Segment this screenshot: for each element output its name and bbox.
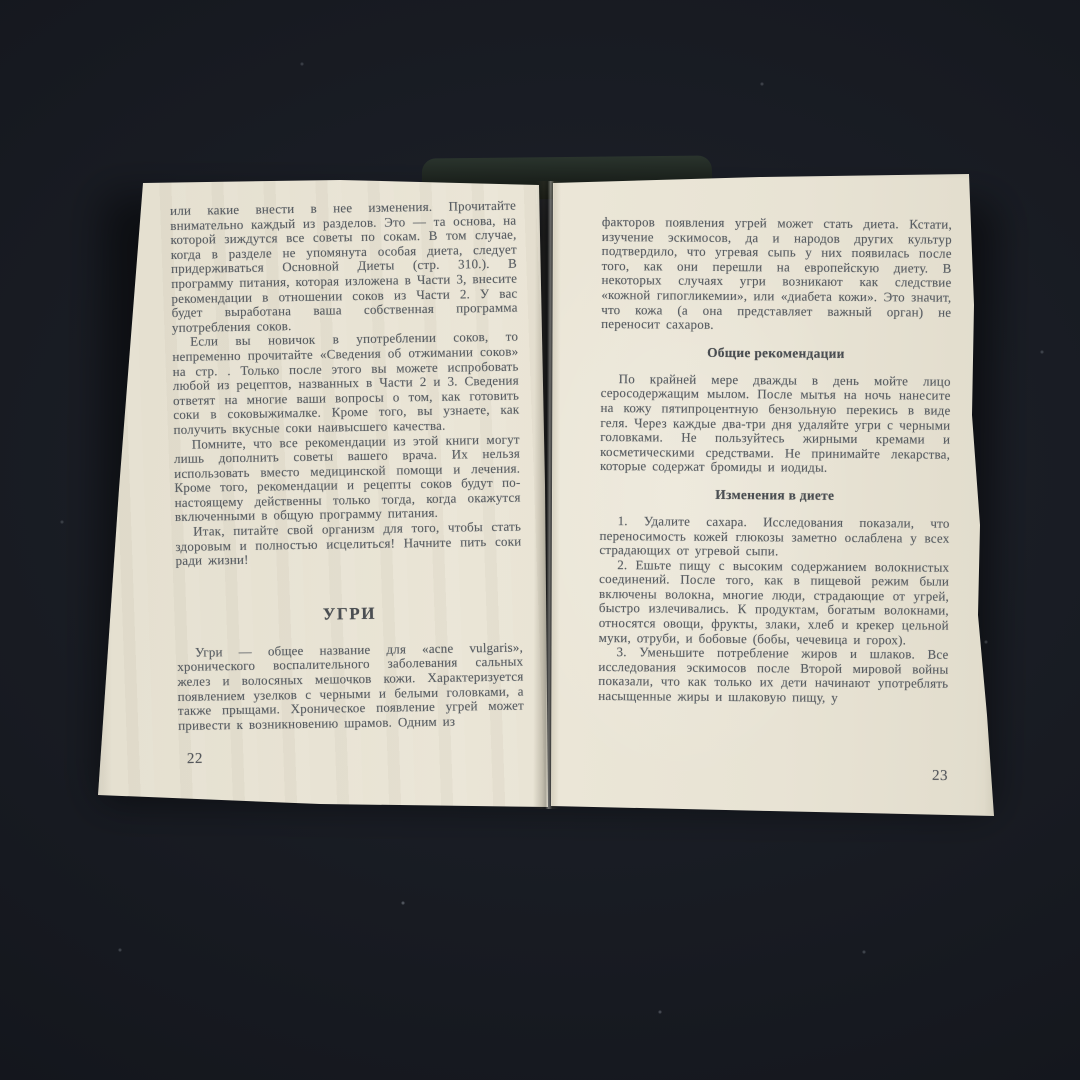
list-item: 2. Ешьте пищу с высоким содержанием воло… — [599, 558, 950, 648]
section-heading-acne: УГРИ — [176, 601, 522, 626]
paragraph: или какие внести в нее изменения. Прочит… — [170, 199, 518, 336]
page-number-left: 22 — [187, 751, 203, 768]
section-heading-diet-changes: Изменения в диете — [600, 486, 950, 505]
paragraph: Помните, что все рекомендации из этой кн… — [174, 432, 521, 525]
section-heading-general-recommendations: Общие рекомендации — [601, 344, 951, 363]
paragraph: факторов появления угрей может стать дие… — [601, 215, 952, 334]
right-page-text: факторов появления угрей может стать дие… — [598, 215, 952, 706]
left-page-text: или какие внести в нее изменения. Прочит… — [170, 199, 524, 734]
open-book: или какие внести в нее изменения. Прочит… — [90, 155, 1010, 835]
list-item: 1. Удалите сахара. Исследования показали… — [599, 514, 949, 561]
book-gutter — [533, 181, 561, 809]
list-item: 3. Уменьшите потребление жиров и шлаков.… — [598, 645, 948, 706]
paragraph: По крайней мере дважды в день мойте лицо… — [600, 372, 951, 477]
paragraph: Если вы новичок в употреблении соков, то… — [172, 330, 520, 438]
paragraph: Итак, питайте свой организм для того, чт… — [175, 520, 522, 569]
page-number-right: 23 — [932, 768, 948, 785]
paragraph: Угри — общее название для «acne vulgaris… — [177, 640, 524, 733]
